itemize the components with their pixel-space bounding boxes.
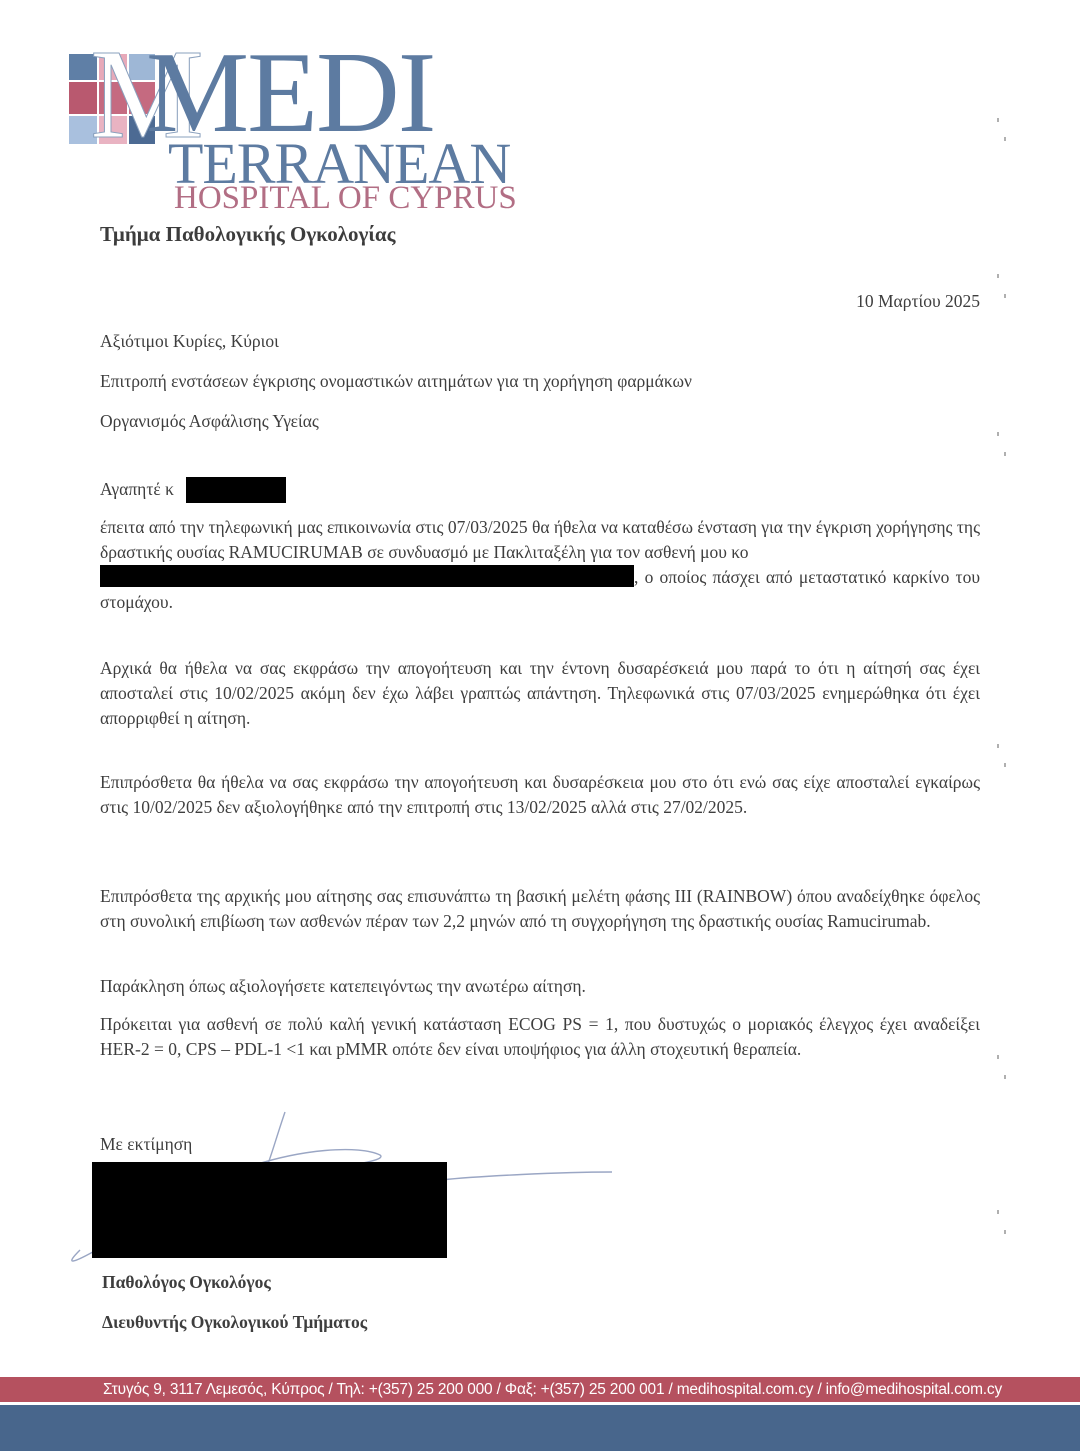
letter-date: 10 Μαρτίου 2025: [856, 289, 980, 314]
scan-mark: [1004, 137, 1006, 141]
logo-text-hospital: HOSPITAL OF CYPRUS: [174, 180, 517, 216]
paragraph: Επιπρόσθετα θα ήθελα να σας εκφράσω την …: [100, 770, 980, 820]
recipient-line: Αξιότιμοι Κυρίες, Κύριοι: [100, 329, 279, 354]
paragraph: Πρόκειται για ασθενή σε πολύ καλή γενική…: [100, 1012, 980, 1062]
department-name: Τμήμα Παθολογικής Ογκολογίας: [100, 222, 395, 247]
hospital-logo: M MEDI TERRANEAN HOSPITAL OF CYPRUS: [68, 50, 538, 220]
signatory-title: Παθολόγος Ογκολόγος: [102, 1270, 271, 1295]
paragraph-text: έπειτα από την τηλεφωνική μας επικοινωνί…: [100, 517, 980, 562]
recipient-line: Επιτροπή ενστάσεων έγκρισης ονομαστικών …: [100, 369, 692, 394]
scan-mark: [997, 1210, 999, 1214]
recipient-line: Οργανισμός Ασφάλισης Υγείας: [100, 409, 319, 434]
scan-mark: [997, 744, 999, 748]
scan-mark: [997, 118, 999, 122]
redaction-box: [186, 477, 286, 503]
scan-mark: [1004, 1075, 1006, 1079]
scan-mark: [1004, 1230, 1006, 1234]
footer-contact-bar: Στυγός 9, 3117 Λεμεσός, Κύπρος / Τηλ: +(…: [0, 1377, 1080, 1402]
scan-mark: [997, 1055, 999, 1059]
redaction-box: [100, 565, 634, 587]
scan-mark: [997, 274, 999, 278]
scan-mark: [1004, 763, 1006, 767]
scan-mark: [1004, 294, 1006, 298]
footer-band: [0, 1405, 1080, 1451]
scan-mark: [997, 432, 999, 436]
closing: Με εκτίμηση: [100, 1132, 192, 1157]
signatory-title: Διευθυντής Ογκολογικού Τμήματος: [102, 1310, 367, 1335]
paragraph: Αρχικά θα ήθελα να σας εκφράσω την απογο…: [100, 656, 980, 731]
scan-mark: [1004, 452, 1006, 456]
paragraph: Επιπρόσθετα της αρχικής μου αίτησης σας …: [100, 884, 980, 934]
paragraph: Παράκληση όπως αξιολογήσετε κατεπειγόντω…: [100, 974, 980, 999]
salutation: Αγαπητέ κ: [100, 477, 174, 502]
redaction-box: [92, 1162, 447, 1258]
